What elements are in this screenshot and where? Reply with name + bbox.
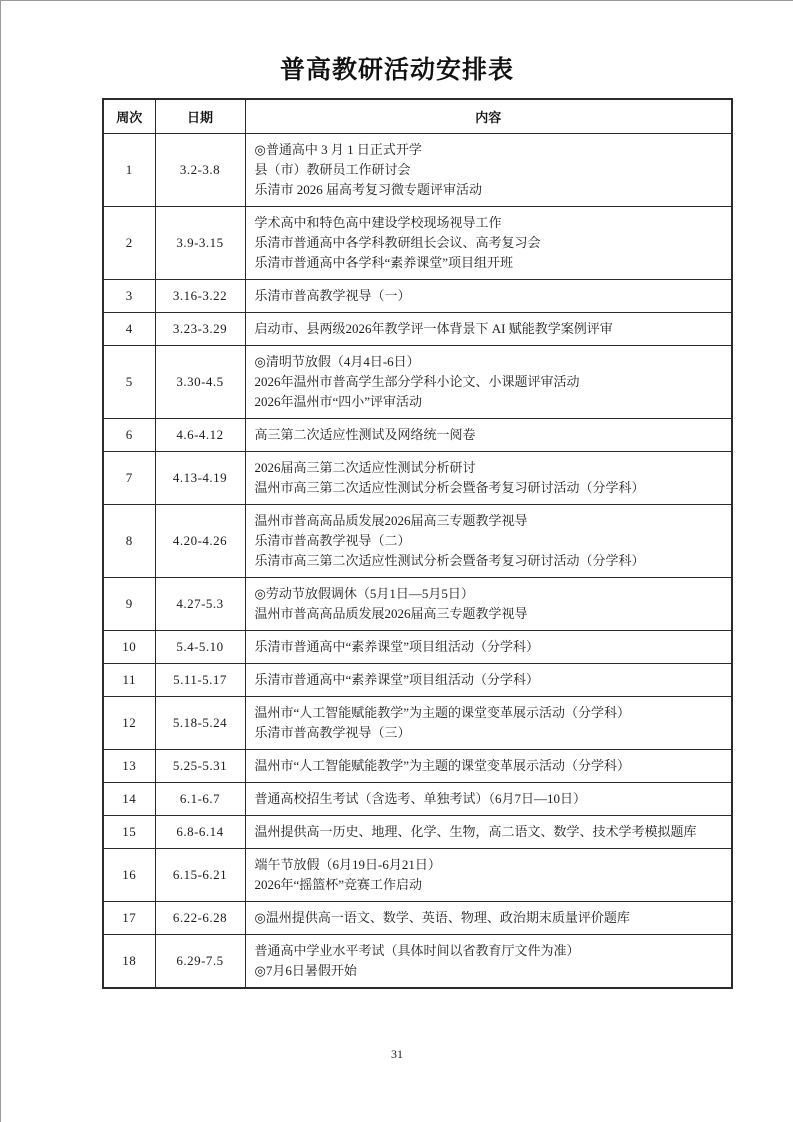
- content-line: 县（市）教研员工作研讨会: [255, 160, 724, 180]
- content-cell: 温州市普高高品质发展2026届高三专题教学视导乐清市普高教学视导（二）乐清市高三…: [245, 505, 732, 578]
- content-cell: 乐清市普高教学视导（一）: [245, 280, 732, 313]
- week-cell: 14: [103, 783, 155, 816]
- table-row: 5 3.30-4.5 ◎清明节放假（4月4日-6日）2026年温州市普高学生部分…: [103, 346, 732, 419]
- date-cell: 3.9-3.15: [155, 207, 245, 280]
- content-cell: 启动市、县两级2026年教学评一体背景下 AI 赋能教学案例评审: [245, 313, 732, 346]
- week-cell: 7: [103, 452, 155, 505]
- table-row: 8 4.20-4.26 温州市普高高品质发展2026届高三专题教学视导乐清市普高…: [103, 505, 732, 578]
- week-cell: 9: [103, 578, 155, 631]
- content-line: 乐清市普高教学视导（三）: [255, 723, 724, 743]
- content-line: 乐清市普高教学视导（二）: [255, 531, 724, 551]
- table-row: 7 4.13-4.19 2026届高三第二次适应性测试分析研讨温州市高三第二次适…: [103, 452, 732, 505]
- table-row: 13 5.25-5.31 温州市“人工智能赋能教学”为主题的课堂变革展示活动（分…: [103, 750, 732, 783]
- week-cell: 13: [103, 750, 155, 783]
- content-line: 启动市、县两级2026年教学评一体背景下 AI 赋能教学案例评审: [255, 319, 724, 339]
- content-line: 乐清市高三第二次适应性测试分析会暨备考复习研讨活动（分学科）: [255, 551, 724, 571]
- content-line: 乐清市 2026 届高考复习微专题评审活动: [255, 180, 724, 200]
- table-row: 2 3.9-3.15 学术高中和特色高中建设学校现场视导工作乐清市普通高中各学科…: [103, 207, 732, 280]
- date-cell: 5.18-5.24: [155, 697, 245, 750]
- document-page: 普高教研活动安排表 周次 日期 内容 1 3.2-3.8 ◎普通高中 3 月 1…: [0, 0, 793, 1122]
- content-line: ◎普通高中 3 月 1 日正式开学: [255, 140, 724, 160]
- page-number: 31: [1, 1047, 793, 1062]
- content-cell: 普通高中学业水平考试（具体时间以省教育厅文件为准）◎7月6日暑假开始: [245, 935, 732, 989]
- table-row: 16 6.15-6.21 端午节放假（6月19日-6月21日）2026年“摇篮杯…: [103, 849, 732, 902]
- date-cell: 4.27-5.3: [155, 578, 245, 631]
- week-cell: 5: [103, 346, 155, 419]
- content-line: 温州市普高高品质发展2026届高三专题教学视导: [255, 604, 724, 624]
- date-cell: 3.30-4.5: [155, 346, 245, 419]
- date-cell: 4.6-4.12: [155, 419, 245, 452]
- content-cell: 高三第二次适应性测试及网络统一阅卷: [245, 419, 732, 452]
- content-line: ◎清明节放假（4月4日-6日）: [255, 352, 724, 372]
- content-line: 高三第二次适应性测试及网络统一阅卷: [255, 425, 724, 445]
- week-cell: 17: [103, 902, 155, 935]
- schedule-table: 周次 日期 内容 1 3.2-3.8 ◎普通高中 3 月 1 日正式开学县（市）…: [102, 98, 733, 989]
- date-cell: 6.29-7.5: [155, 935, 245, 989]
- week-cell: 3: [103, 280, 155, 313]
- date-cell: 4.13-4.19: [155, 452, 245, 505]
- content-cell: 端午节放假（6月19日-6月21日）2026年“摇篮杯”竞赛工作启动: [245, 849, 732, 902]
- content-cell: 温州市“人工智能赋能教学”为主题的课堂变革展示活动（分学科）: [245, 750, 732, 783]
- week-cell: 10: [103, 631, 155, 664]
- table-row: 3 3.16-3.22 乐清市普高教学视导（一）: [103, 280, 732, 313]
- content-cell: 温州提供高一历史、地理、化学、生物，高二语文、数学、技术学考模拟题库: [245, 816, 732, 849]
- week-cell: 6: [103, 419, 155, 452]
- date-cell: 5.11-5.17: [155, 664, 245, 697]
- content-line: 乐清市普通高中各学科教研组长会议、高考复习会: [255, 233, 724, 253]
- date-cell: 4.20-4.26: [155, 505, 245, 578]
- content-line: 乐清市普高教学视导（一）: [255, 286, 724, 306]
- content-cell: ◎清明节放假（4月4日-6日）2026年温州市普高学生部分学科小论文、小课题评审…: [245, 346, 732, 419]
- content-line: 端午节放假（6月19日-6月21日）: [255, 855, 724, 875]
- content-cell: 乐清市普通高中“素养课堂”项目组活动（分学科）: [245, 631, 732, 664]
- week-cell: 18: [103, 935, 155, 989]
- content-cell: ◎温州提供高一语文、数学、英语、物理、政治期末质量评价题库: [245, 902, 732, 935]
- content-line: 普通高校招生考试（含选考、单独考试）（6月7日—10日）: [255, 789, 724, 809]
- date-cell: 5.4-5.10: [155, 631, 245, 664]
- table-row: 1 3.2-3.8 ◎普通高中 3 月 1 日正式开学县（市）教研员工作研讨会乐…: [103, 134, 732, 207]
- content-cell: ◎劳动节放假调休（5月1日—5月5日）温州市普高高品质发展2026届高三专题教学…: [245, 578, 732, 631]
- week-cell: 8: [103, 505, 155, 578]
- week-cell: 12: [103, 697, 155, 750]
- content-line: 温州市“人工智能赋能教学”为主题的课堂变革展示活动（分学科）: [255, 703, 724, 723]
- table-row: 14 6.1-6.7 普通高校招生考试（含选考、单独考试）（6月7日—10日）: [103, 783, 732, 816]
- week-cell: 15: [103, 816, 155, 849]
- header-week: 周次: [103, 99, 155, 134]
- header-row: 周次 日期 内容: [103, 99, 732, 134]
- content-line: 2026届高三第二次适应性测试分析研讨: [255, 458, 724, 478]
- date-cell: 3.2-3.8: [155, 134, 245, 207]
- week-cell: 4: [103, 313, 155, 346]
- table-row: 6 4.6-4.12 高三第二次适应性测试及网络统一阅卷: [103, 419, 732, 452]
- table-row: 15 6.8-6.14 温州提供高一历史、地理、化学、生物，高二语文、数学、技术…: [103, 816, 732, 849]
- week-cell: 16: [103, 849, 155, 902]
- date-cell: 6.8-6.14: [155, 816, 245, 849]
- table-body: 1 3.2-3.8 ◎普通高中 3 月 1 日正式开学县（市）教研员工作研讨会乐…: [103, 134, 732, 989]
- content-cell: 2026届高三第二次适应性测试分析研讨温州市高三第二次适应性测试分析会暨备考复习…: [245, 452, 732, 505]
- table-row: 17 6.22-6.28 ◎温州提供高一语文、数学、英语、物理、政治期末质量评价…: [103, 902, 732, 935]
- content-cell: 乐清市普通高中“素养课堂”项目组活动（分学科）: [245, 664, 732, 697]
- table-row: 18 6.29-7.5 普通高中学业水平考试（具体时间以省教育厅文件为准）◎7月…: [103, 935, 732, 989]
- content-line: 温州市普高高品质发展2026届高三专题教学视导: [255, 511, 724, 531]
- content-cell: 学术高中和特色高中建设学校现场视导工作乐清市普通高中各学科教研组长会议、高考复习…: [245, 207, 732, 280]
- content-line: 乐清市普通高中各学科“素养课堂”项目组开班: [255, 253, 724, 273]
- content-line: 2026年温州市“四小”评审活动: [255, 392, 724, 412]
- table-row: 12 5.18-5.24 温州市“人工智能赋能教学”为主题的课堂变革展示活动（分…: [103, 697, 732, 750]
- content-line: 乐清市普通高中“素养课堂”项目组活动（分学科）: [255, 670, 724, 690]
- page-title: 普高教研活动安排表: [1, 1, 793, 87]
- content-line: ◎温州提供高一语文、数学、英语、物理、政治期末质量评价题库: [255, 908, 724, 928]
- week-cell: 2: [103, 207, 155, 280]
- content-cell: 普通高校招生考试（含选考、单独考试）（6月7日—10日）: [245, 783, 732, 816]
- content-line: 温州市高三第二次适应性测试分析会暨备考复习研讨活动（分学科）: [255, 478, 724, 498]
- table-row: 4 3.23-3.29 启动市、县两级2026年教学评一体背景下 AI 赋能教学…: [103, 313, 732, 346]
- date-cell: 5.25-5.31: [155, 750, 245, 783]
- header-content: 内容: [245, 99, 732, 134]
- header-date: 日期: [155, 99, 245, 134]
- content-line: 2026年“摇篮杯”竞赛工作启动: [255, 875, 724, 895]
- content-line: 温州市“人工智能赋能教学”为主题的课堂变革展示活动（分学科）: [255, 756, 724, 776]
- content-cell: ◎普通高中 3 月 1 日正式开学县（市）教研员工作研讨会乐清市 2026 届高…: [245, 134, 732, 207]
- table-row: 11 5.11-5.17 乐清市普通高中“素养课堂”项目组活动（分学科）: [103, 664, 732, 697]
- week-cell: 1: [103, 134, 155, 207]
- content-line: ◎7月6日暑假开始: [255, 961, 724, 981]
- week-cell: 11: [103, 664, 155, 697]
- date-cell: 6.1-6.7: [155, 783, 245, 816]
- date-cell: 6.22-6.28: [155, 902, 245, 935]
- table-row: 10 5.4-5.10 乐清市普通高中“素养课堂”项目组活动（分学科）: [103, 631, 732, 664]
- date-cell: 3.16-3.22: [155, 280, 245, 313]
- table-row: 9 4.27-5.3 ◎劳动节放假调休（5月1日—5月5日）温州市普高高品质发展…: [103, 578, 732, 631]
- date-cell: 6.15-6.21: [155, 849, 245, 902]
- content-line: 学术高中和特色高中建设学校现场视导工作: [255, 213, 724, 233]
- content-line: 温州提供高一历史、地理、化学、生物，高二语文、数学、技术学考模拟题库: [255, 822, 724, 842]
- content-line: ◎劳动节放假调休（5月1日—5月5日）: [255, 584, 724, 604]
- content-line: 普通高中学业水平考试（具体时间以省教育厅文件为准）: [255, 941, 724, 961]
- content-cell: 温州市“人工智能赋能教学”为主题的课堂变革展示活动（分学科）乐清市普高教学视导（…: [245, 697, 732, 750]
- content-line: 2026年温州市普高学生部分学科小论文、小课题评审活动: [255, 372, 724, 392]
- date-cell: 3.23-3.29: [155, 313, 245, 346]
- content-line: 乐清市普通高中“素养课堂”项目组活动（分学科）: [255, 637, 724, 657]
